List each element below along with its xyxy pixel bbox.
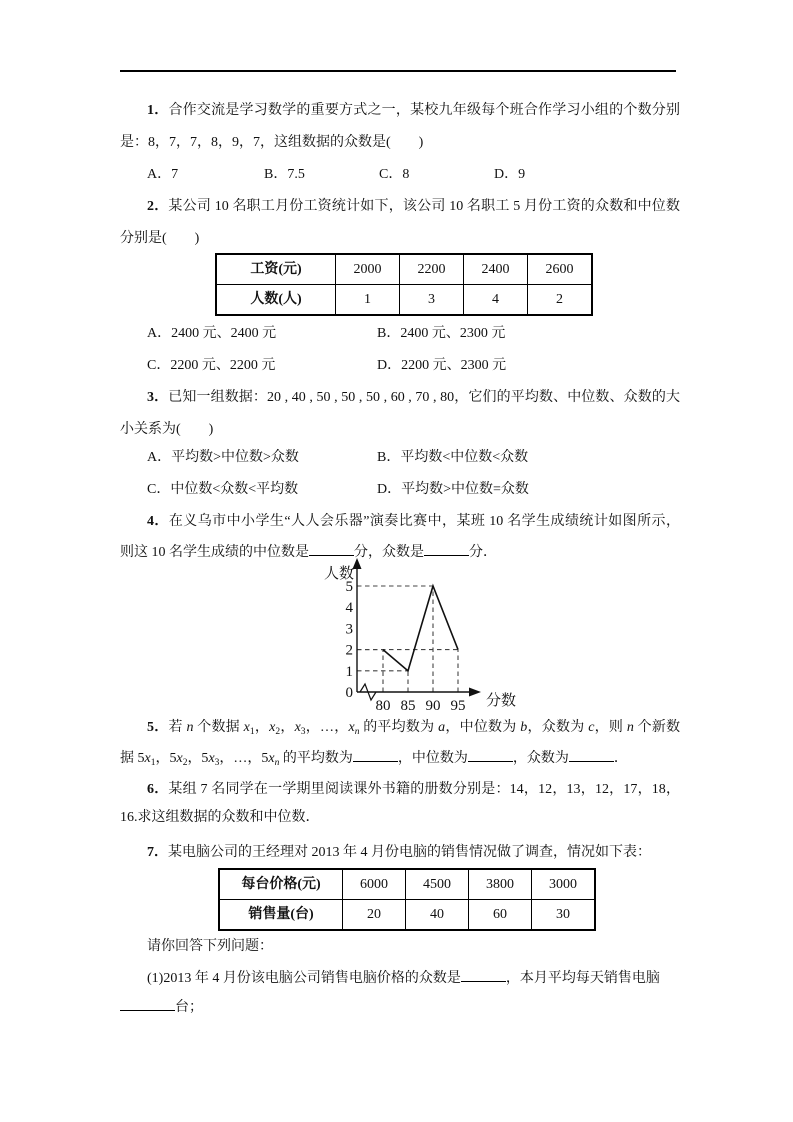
- text-segment: ，…，5: [219, 751, 268, 766]
- x-axis-arrow: [469, 688, 481, 697]
- x-tick-label: 85: [401, 698, 416, 714]
- q1-options: A．7 B．7.5 C．8 D．9: [0, 165, 793, 185]
- table-cell: 2200: [400, 254, 464, 285]
- q7-line1: 7．某电脑公司的王经理对 2013 年 4 月份电脑的销售情况做了调查，情况如下…: [120, 843, 680, 863]
- table-cell: 2400: [464, 254, 528, 285]
- q4-number: 4．: [147, 514, 169, 529]
- q7-subquestion-1: (1)2013 年 4 月份该电脑公司销售电脑价格的众数是，本月平均每天销售电脑: [147, 968, 660, 989]
- text-segment: ，: [280, 720, 294, 735]
- table-row: 每台价格(元)6000450038003000: [219, 869, 595, 900]
- y-tick-label: 3: [346, 621, 354, 637]
- table-cell: 3800: [469, 869, 532, 900]
- q1-option-c: C．8: [379, 165, 409, 185]
- q7-subquestion-1-cont: 台；: [120, 997, 680, 1018]
- text-segment: ，众数为: [527, 720, 588, 735]
- q6-number: 6．: [147, 782, 168, 797]
- q3-option-c: C．中位数<众数<平均数: [147, 480, 298, 500]
- answer-blank: [468, 748, 513, 762]
- q1-option-d: D．9: [494, 165, 525, 185]
- table-cell: 4: [464, 285, 528, 316]
- text-segment: 若: [168, 720, 186, 735]
- table-row-header: 工资(元): [216, 254, 336, 285]
- q3-text: 已知一组数据：20 , 40 , 50 , 50 , 50 , 60 , 70 …: [168, 390, 680, 405]
- q7-text: 某电脑公司的王经理对 2013 年 4 月份电脑的销售情况做了调查，情况如下表：: [168, 845, 651, 860]
- data-line: [383, 586, 458, 671]
- q1-text: 合作交流是学习数学的重要方式之一，某校九年级每个班合作学习小组的个数分别: [168, 103, 680, 118]
- q3-line2: 小关系为( ): [120, 420, 680, 440]
- table-row: 销售量(台)20406030: [219, 900, 595, 931]
- q7-number: 7．: [147, 845, 168, 860]
- table-cell: 6000: [343, 869, 406, 900]
- q2-line2: 分别是( ): [120, 229, 680, 249]
- q2-options-row2: C．2200 元、2200 元 D．2200 元、2300 元: [0, 356, 793, 376]
- x-tick-label: 80: [376, 698, 391, 714]
- q6-text: 某组 7 名同学在一学期里阅读课外书籍的册数分别是：14，12，13，12，17…: [168, 782, 680, 797]
- q3-number: 3．: [147, 390, 168, 405]
- table-cell: 30: [532, 900, 596, 931]
- table-cell: 2000: [336, 254, 400, 285]
- answer-blank: [120, 997, 175, 1011]
- text-segment: 的平均数为: [359, 720, 438, 735]
- q2-text: 某公司 10 名职工月份工资统计如下，该公司 10 名职工 5 月份工资的众数和…: [168, 199, 680, 214]
- q3-option-b: B．平均数<中位数<众数: [377, 448, 528, 468]
- text-segment: ，中位数为: [445, 720, 520, 735]
- q2-option-c: C．2200 元、2200 元: [147, 356, 275, 376]
- answer-blank: [353, 748, 398, 762]
- q5-line1: 5．若 n 个数据 x1，x2，x3，…，xn 的平均数为 a，中位数为 b，众…: [120, 718, 680, 742]
- q6-line1: 6．某组 7 名同学在一学期里阅读课外书籍的册数分别是：14，12，13，12，…: [120, 780, 680, 800]
- answer-blank: [461, 968, 506, 982]
- table-cell: 2: [528, 285, 593, 316]
- y-axis-label: 人数: [324, 565, 354, 582]
- worksheet-page: 1．合作交流是学习数学的重要方式之一，某校九年级每个班合作学习小组的个数分别 是…: [0, 0, 793, 1122]
- text-segment: ，中位数为: [398, 751, 468, 766]
- text-segment: 据 5: [120, 751, 145, 766]
- table-row-header: 人数(人): [216, 285, 336, 316]
- y-tick-label: 0: [346, 685, 354, 701]
- q1-line1: 1．合作交流是学习数学的重要方式之一，某校九年级每个班合作学习小组的个数分别: [120, 101, 680, 121]
- table-cell: 4500: [406, 869, 469, 900]
- y-tick-label: 1: [346, 664, 354, 680]
- q2-line1: 2．某公司 10 名职工月份工资统计如下，该公司 10 名职工 5 月份工资的众…: [120, 197, 680, 217]
- y-tick-label: 2: [346, 643, 354, 659]
- q6-line2: 16.求这组数据的众数和中位数．: [120, 808, 680, 828]
- answer-blank: [569, 748, 614, 762]
- q7-prompt: 请你回答下列问题：: [147, 937, 273, 957]
- q5-line2: 据 5x1，5x2，5x3，…，5xn 的平均数为，中位数为，众数为．: [120, 748, 680, 773]
- q3-options-row1: A．平均数>中位数>众数 B．平均数<中位数<众数: [0, 448, 793, 468]
- text-segment: 个数据: [193, 720, 243, 735]
- text-segment: ，5: [155, 751, 176, 766]
- q3-option-d: D．平均数>中位数=众数: [377, 480, 529, 500]
- text-segment: ，则: [594, 720, 626, 735]
- text-segment: 则这 10 名学生成绩的中位数是: [120, 545, 309, 560]
- text-segment: ，…，: [306, 720, 349, 735]
- q2-number: 2．: [147, 199, 168, 214]
- q1-number: 1．: [147, 103, 168, 118]
- q2-option-d: D．2200 元、2300 元: [377, 356, 506, 376]
- text-segment: (1)2013 年 4 月份该电脑公司销售电脑价格的众数是: [147, 971, 461, 986]
- text-segment: ，本月平均每天销售电脑: [506, 971, 660, 986]
- q1-option-b: B．7.5: [264, 165, 305, 185]
- salary-table: 工资(元)2000220024002600人数(人)1342: [215, 253, 593, 316]
- q3-line1: 3．已知一组数据：20 , 40 , 50 , 50 , 50 , 60 , 7…: [120, 388, 680, 408]
- q3-options-row2: C．中位数<众数<平均数 D．平均数>中位数=众数: [0, 480, 793, 500]
- table-row: 人数(人)1342: [216, 285, 592, 316]
- table-cell: 2600: [528, 254, 593, 285]
- text-segment: n: [627, 720, 634, 735]
- text-segment: ．: [614, 751, 628, 766]
- table-row-header: 销售量(台): [219, 900, 343, 931]
- table-cell: 20: [343, 900, 406, 931]
- q1-line2: 是：8，7，7，8，9，7，这组数据的众数是( ): [120, 133, 680, 153]
- text-segment: ，众数为: [513, 751, 569, 766]
- q2-option-b: B．2400 元、2300 元: [377, 324, 505, 344]
- q4-text: 在义乌市中小学生“人人会乐器”演奏比赛中，某班 10 名学生成绩统计如图所示，: [169, 514, 680, 529]
- text-segment: 台；: [175, 1000, 203, 1015]
- q1-option-a: A．7: [147, 165, 178, 185]
- x-axis-label: 分数: [486, 692, 516, 709]
- computer-sales-table: 每台价格(元)6000450038003000销售量(台)20406030: [218, 868, 596, 931]
- table-cell: 40: [406, 900, 469, 931]
- table-cell: 3000: [532, 869, 596, 900]
- q2-options-row1: A．2400 元、2400 元 B．2400 元、2300 元: [0, 324, 793, 344]
- table-cell: 1: [336, 285, 400, 316]
- x-tick-label: 95: [451, 698, 466, 714]
- score-line-chart: 01234580859095人数分数: [300, 553, 540, 718]
- text-segment: ，5: [187, 751, 208, 766]
- text-segment: 个新数: [634, 720, 680, 735]
- table-row-header: 每台价格(元): [219, 869, 343, 900]
- y-tick-label: 4: [346, 600, 354, 616]
- table-row: 工资(元)2000220024002600: [216, 254, 592, 285]
- table-cell: 3: [400, 285, 464, 316]
- q4-line1: 4．在义乌市中小学生“人人会乐器”演奏比赛中，某班 10 名学生成绩统计如图所示…: [120, 512, 680, 532]
- q3-option-a: A．平均数>中位数>众数: [147, 448, 299, 468]
- table-cell: 60: [469, 900, 532, 931]
- x-tick-label: 90: [426, 698, 441, 714]
- text-segment: ，: [255, 720, 269, 735]
- text-segment: 的平均数为: [279, 751, 353, 766]
- top-divider: [120, 70, 676, 72]
- q2-option-a: A．2400 元、2400 元: [147, 324, 276, 344]
- text-segment: 5．: [147, 720, 168, 735]
